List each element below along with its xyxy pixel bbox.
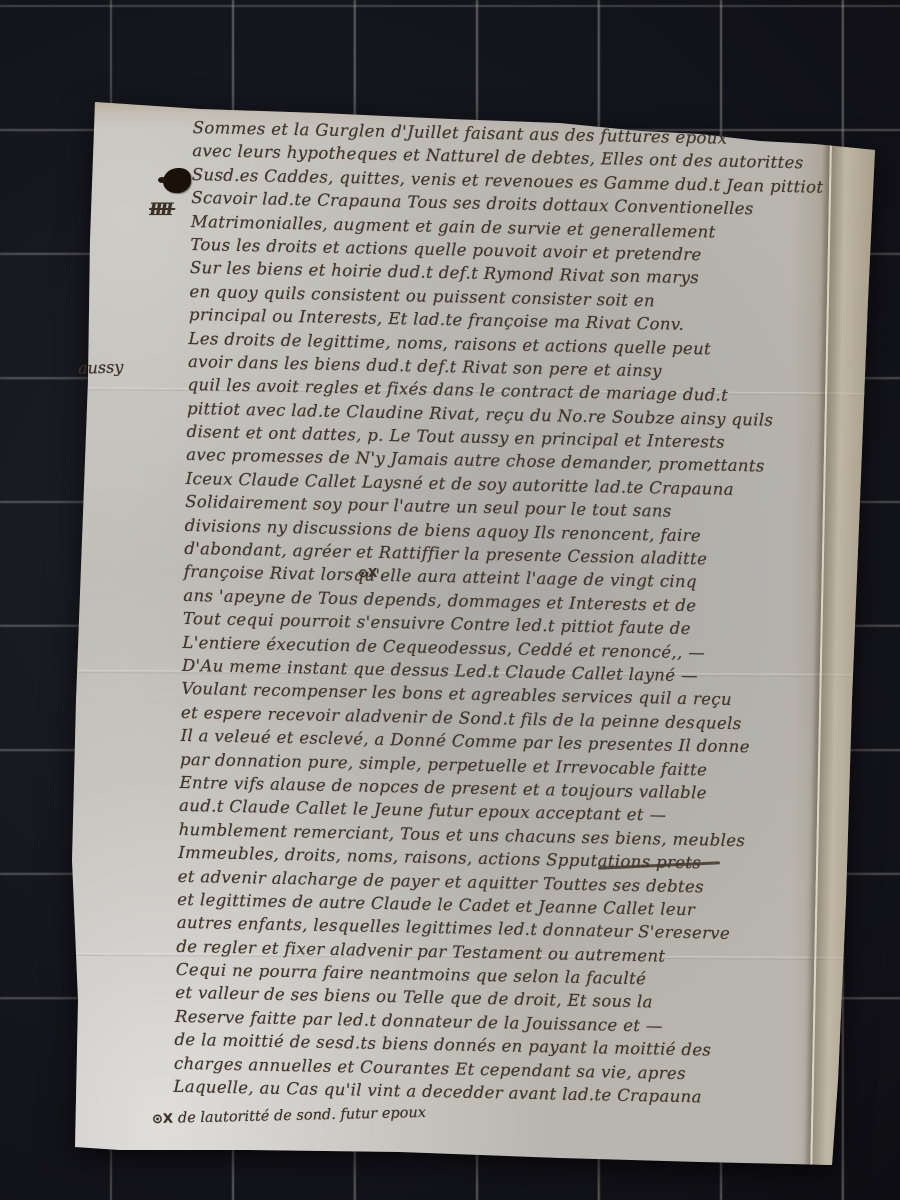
manuscript-photo: Sommes et la Gurglen d'Juillet faisant a… (0, 0, 900, 1200)
tally-mark: IIII (147, 200, 176, 220)
manuscript-text: Sommes et la Gurglen d'Juillet faisant a… (173, 116, 845, 1111)
ink-blot (163, 168, 191, 193)
footnote-circle-x-mark: ⊙X (152, 1112, 173, 1127)
interlinear-circle-x-mark: ⊙X (358, 566, 377, 580)
margin-note-aussy: aussy (78, 357, 124, 378)
